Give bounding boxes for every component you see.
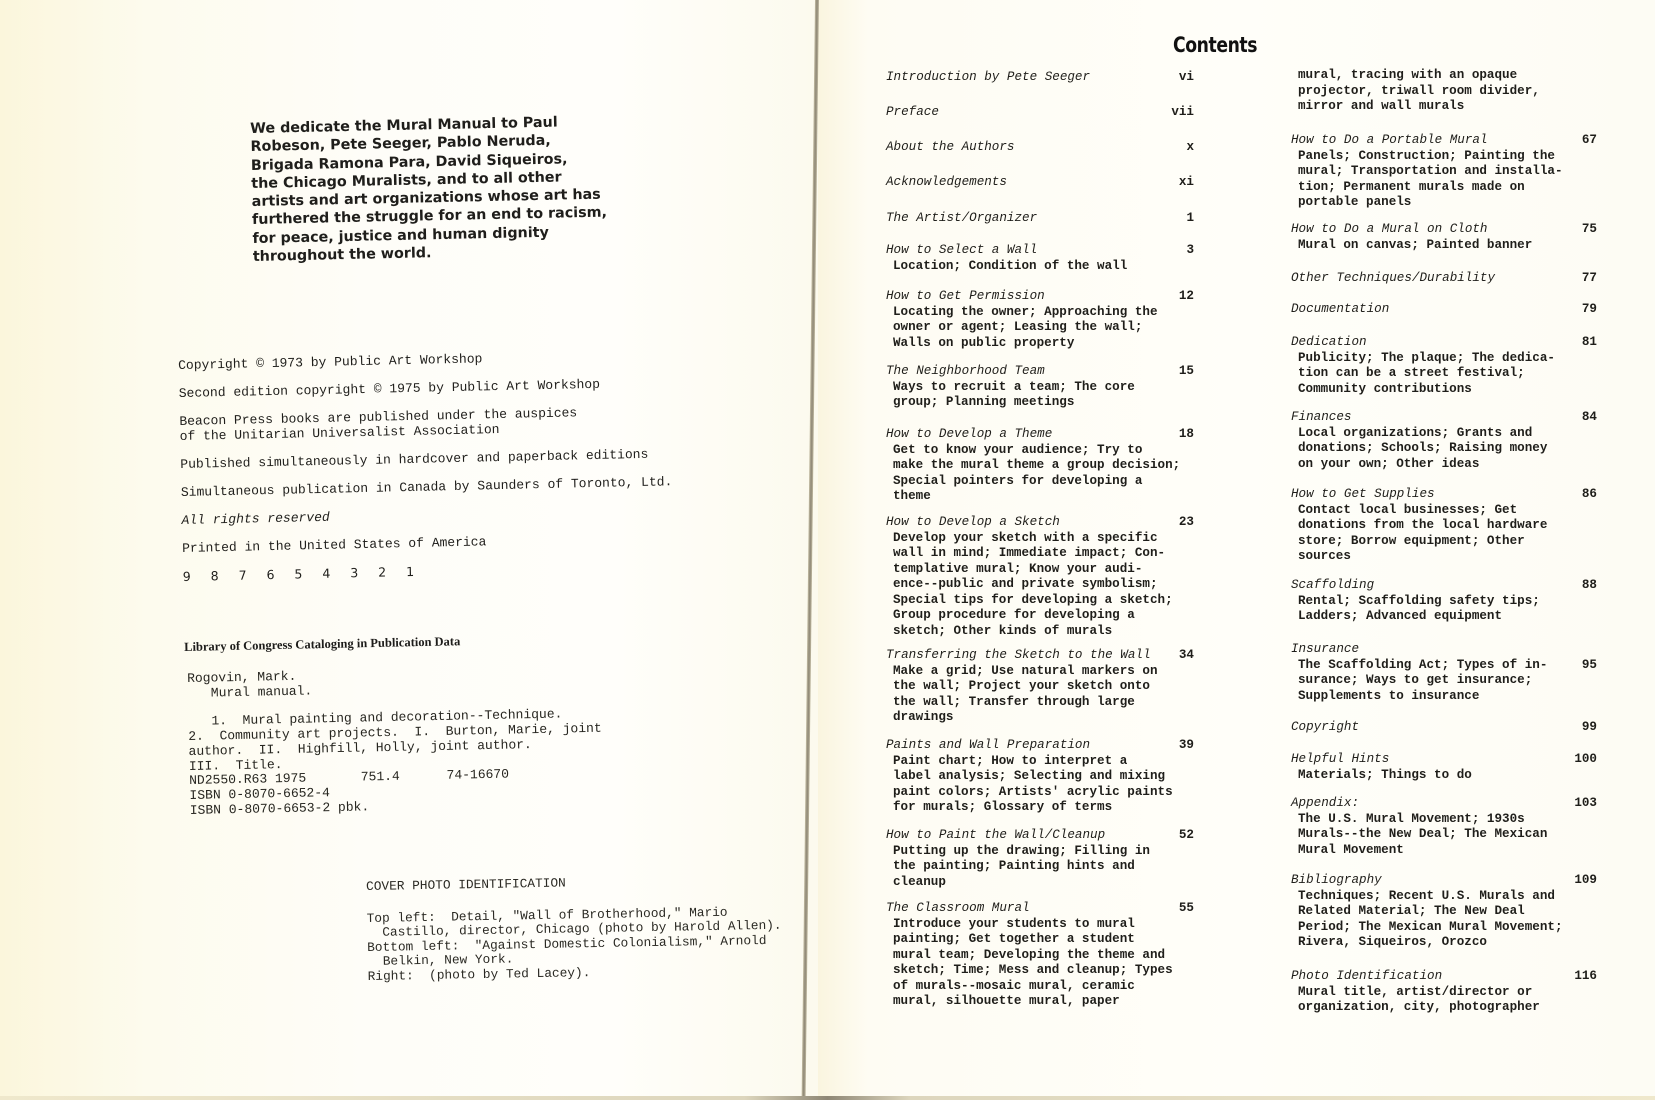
toc-chapter-title: How to Select a Wall bbox=[886, 243, 1037, 259]
toc-chapter-title: How to Do a Portable Mural bbox=[1291, 133, 1488, 149]
toc-chapter-title: The Neighborhood Team bbox=[886, 364, 1045, 380]
toc-page-number: 88 bbox=[1557, 578, 1597, 594]
toc-chapter-description: for murals; Glossary of terms bbox=[893, 800, 1112, 816]
toc-chapter-title: Insurance bbox=[1291, 642, 1359, 658]
toc-page-number: 39 bbox=[1154, 738, 1194, 754]
toc-chapter-description: store; Borrow equipment; Other bbox=[1298, 534, 1525, 550]
printing-numbers: 9 8 7 6 5 4 3 2 1 bbox=[183, 558, 703, 584]
toc-chapter-description: Publicity; The plaque; The dedica- bbox=[1298, 351, 1555, 367]
toc-chapter-title: Photo Identification bbox=[1291, 969, 1442, 985]
toc-chapter-description: sources bbox=[1298, 549, 1351, 565]
toc-chapter-description: wall in mind; Immediate impact; Con- bbox=[893, 546, 1165, 562]
toc-chapter-description: Materials; Things to do bbox=[1298, 768, 1472, 784]
toc-chapter-title: How to Do a Mural on Cloth bbox=[1291, 222, 1488, 238]
toc-chapter-title: Bibliography bbox=[1291, 873, 1382, 889]
toc-chapter-title: Preface bbox=[886, 105, 939, 121]
toc-page-number: vi bbox=[1154, 70, 1194, 86]
toc-chapter-title: Appendix: bbox=[1291, 796, 1359, 812]
printed-line: Printed in the United States of America bbox=[182, 530, 702, 556]
toc-chapter-description: Murals--the New Deal; The Mexican bbox=[1298, 827, 1547, 843]
toc-chapter-title: The Classroom Mural bbox=[886, 901, 1030, 917]
toc-chapter-description: donations from the local hardware bbox=[1298, 518, 1547, 534]
toc-page-number: 109 bbox=[1557, 873, 1597, 889]
copyright-block: Copyright © 1973 by Public Art Workshop … bbox=[178, 347, 703, 597]
toc-chapter-description: Paint chart; How to interpret a bbox=[893, 754, 1127, 770]
toc-page-number: 81 bbox=[1557, 335, 1597, 351]
toc-page-number: vii bbox=[1154, 105, 1194, 121]
toc-chapter-description: the painting; Painting hints and bbox=[893, 859, 1135, 875]
toc-page-number: 103 bbox=[1557, 796, 1597, 812]
toc-chapter-title: Acknowledgements bbox=[886, 175, 1007, 191]
dedication-text: We dedicate the Mural Manual to PaulRobe… bbox=[250, 113, 573, 266]
toc-chapter-description: The U.S. Mural Movement; 1930s bbox=[1298, 812, 1525, 828]
toc-chapter-description: Techniques; Recent U.S. Murals and bbox=[1298, 889, 1555, 905]
toc-chapter-description: The Scaffolding Act; Types of in- bbox=[1298, 658, 1547, 674]
toc-chapter-description: sketch; Time; Mess and cleanup; Types bbox=[893, 963, 1173, 979]
page-bottom-edge bbox=[0, 1096, 1655, 1100]
toc-chapter-description: mural, silhouette mural, paper bbox=[893, 994, 1120, 1010]
toc-chapter-description: of murals--mosaic mural, ceramic bbox=[893, 979, 1135, 995]
toc-chapter-title: The Artist/Organizer bbox=[886, 211, 1037, 227]
toc-chapter-description: donations; Schools; Raising money bbox=[1298, 441, 1547, 457]
toc-chapter-description: Period; The Mexican Mural Movement; bbox=[1298, 920, 1563, 936]
toc-page-number: 15 bbox=[1154, 364, 1194, 380]
toc-chapter-description: Contact local businesses; Get bbox=[1298, 503, 1517, 519]
toc-chapter-description: ence--public and private symbolism; bbox=[893, 577, 1158, 593]
toc-chapter-title: Copyright bbox=[1291, 720, 1359, 736]
toc-page-number: 86 bbox=[1557, 487, 1597, 503]
toc-page-number: 12 bbox=[1154, 289, 1194, 305]
toc-chapter-title: Transferring the Sketch to the Wall bbox=[886, 648, 1151, 664]
toc-chapter-description: the wall; Transfer through large bbox=[893, 695, 1135, 711]
toc-page-number: xi bbox=[1154, 175, 1194, 191]
toc-page-number: 77 bbox=[1557, 271, 1597, 287]
cover-photo-identification: COVER PHOTO IDENTIFICATION Top left: Det… bbox=[366, 873, 788, 984]
toc-chapter-description: painting; Get together a student bbox=[893, 932, 1135, 948]
toc-page-number: x bbox=[1154, 140, 1194, 156]
toc-page-number: 3 bbox=[1154, 243, 1194, 259]
toc-chapter-description: Rivera, Siqueiros, Orozco bbox=[1298, 935, 1487, 951]
toc-chapter-title: How to Paint the Wall/Cleanup bbox=[886, 828, 1105, 844]
toc-chapter-description: portable panels bbox=[1298, 195, 1411, 211]
toc-chapter-description: mural, tracing with an opaque bbox=[1298, 68, 1517, 84]
toc-chapter-description: mural team; Developing the theme and bbox=[893, 948, 1165, 964]
toc-page-number: 1 bbox=[1154, 211, 1194, 227]
toc-page-number: 18 bbox=[1154, 427, 1194, 443]
toc-page-number: 75 bbox=[1557, 222, 1597, 238]
toc-chapter-description: surance; Ways to get insurance; bbox=[1298, 673, 1532, 689]
toc-chapter-description: Mural on canvas; Painted banner bbox=[1298, 238, 1532, 254]
toc-chapter-title: Introduction by Pete Seeger bbox=[886, 70, 1090, 86]
toc-chapter-description: Mural Movement bbox=[1298, 843, 1404, 859]
contents-title: Contents bbox=[1173, 33, 1257, 57]
toc-chapter-description: Locating the owner; Approaching the bbox=[893, 305, 1158, 321]
toc-chapter-description: Rental; Scaffolding safety tips; bbox=[1298, 594, 1540, 610]
toc-chapter-description: Mural title, artist/director or bbox=[1298, 985, 1532, 1001]
toc-chapter-title: Documentation bbox=[1291, 302, 1389, 318]
toc-chapter-description: Ladders; Advanced equipment bbox=[1298, 609, 1502, 625]
toc-page-number: 55 bbox=[1154, 901, 1194, 917]
toc-chapter-description: Make a grid; Use natural markers on bbox=[893, 664, 1158, 680]
cip-data: Rogovin, Mark. Mural manual. 1. Mural pa… bbox=[187, 663, 630, 818]
toc-page-number: 100 bbox=[1557, 752, 1597, 768]
toc-chapter-description: organization, city, photographer bbox=[1298, 1000, 1540, 1016]
toc-chapter-description: Putting up the drawing; Filling in bbox=[893, 844, 1150, 860]
toc-page-number: 84 bbox=[1557, 410, 1597, 426]
toc-chapter-description: the wall; Project your sketch onto bbox=[893, 679, 1150, 695]
toc-chapter-description: tion; Permanent murals made on bbox=[1298, 180, 1525, 196]
toc-chapter-description: Introduce your students to mural bbox=[893, 917, 1135, 933]
toc-chapter-title: Other Techniques/Durability bbox=[1291, 271, 1495, 287]
toc-chapter-description: Special pointers for developing a bbox=[893, 474, 1142, 490]
cover-photo-lines: Top left: Detail, "Wall of Brotherhood,"… bbox=[367, 904, 788, 984]
toc-page-number: 23 bbox=[1154, 515, 1194, 531]
toc-chapter-description: Local organizations; Grants and bbox=[1298, 426, 1532, 442]
toc-chapter-description: label analysis; Selecting and mixing bbox=[893, 769, 1165, 785]
toc-chapter-description: on your own; Other ideas bbox=[1298, 457, 1479, 473]
toc-chapter-title: How to Develop a Theme bbox=[886, 427, 1052, 443]
toc-chapter-description: Community contributions bbox=[1298, 382, 1472, 398]
toc-chapter-description: Walls on public property bbox=[893, 336, 1074, 352]
toc-page-number: 34 bbox=[1154, 648, 1194, 664]
toc-chapter-description: Get to know your audience; Try to bbox=[893, 443, 1142, 459]
toc-chapter-title: Paints and Wall Preparation bbox=[886, 738, 1090, 754]
toc-page-number: 52 bbox=[1154, 828, 1194, 844]
toc-page-number: 95 bbox=[1557, 658, 1597, 674]
toc-chapter-description: mural; Transportation and installa- bbox=[1298, 164, 1563, 180]
toc-page-number: 79 bbox=[1557, 302, 1597, 318]
toc-chapter-description: drawings bbox=[893, 710, 953, 726]
toc-page-number: 116 bbox=[1557, 969, 1597, 985]
toc-chapter-title: Scaffolding bbox=[1291, 578, 1374, 594]
editions-line: Published simultaneously in hardcover an… bbox=[180, 446, 700, 472]
canada-line: Simultaneous publication in Canada by Sa… bbox=[181, 474, 701, 500]
toc-chapter-description: sketch; Other kinds of murals bbox=[893, 624, 1112, 640]
toc-chapter-description: Develop your sketch with a specific bbox=[893, 531, 1158, 547]
toc-chapter-description: Panels; Construction; Painting the bbox=[1298, 149, 1555, 165]
toc-chapter-description: theme bbox=[893, 489, 931, 505]
toc-chapter-description: Supplements to insurance bbox=[1298, 689, 1479, 705]
toc-chapter-description: tion can be a street festival; bbox=[1298, 366, 1525, 382]
toc-chapter-description: paint colors; Artists' acrylic paints bbox=[893, 785, 1173, 801]
toc-chapter-description: projector, triwall room divider, bbox=[1298, 84, 1540, 100]
toc-chapter-title: About the Authors bbox=[886, 140, 1014, 156]
toc-page-number: 99 bbox=[1557, 720, 1597, 736]
toc-chapter-description: group; Planning meetings bbox=[893, 395, 1074, 411]
toc-chapter-title: Dedication bbox=[1291, 335, 1367, 351]
toc-chapter-title: Helpful Hints bbox=[1291, 752, 1389, 768]
toc-chapter-description: Location; Condition of the wall bbox=[893, 259, 1127, 275]
toc-chapter-description: cleanup bbox=[893, 875, 946, 891]
toc-chapter-description: templative mural; Know your audi- bbox=[893, 562, 1142, 578]
toc-chapter-description: Ways to recruit a team; The core bbox=[893, 380, 1135, 396]
toc-page-number: 67 bbox=[1557, 133, 1597, 149]
toc-chapter-description: make the mural theme a group decision; bbox=[893, 458, 1180, 474]
toc-chapter-title: How to Get Permission bbox=[886, 289, 1045, 305]
toc-chapter-description: Related Material; The New Deal bbox=[1298, 904, 1525, 920]
toc-chapter-description: mirror and wall murals bbox=[1298, 99, 1464, 115]
toc-chapter-title: Finances bbox=[1291, 410, 1351, 426]
second-edition-line: Second edition copyright © 1975 by Publi… bbox=[179, 375, 699, 401]
toc-chapter-description: Special tips for developing a sketch; bbox=[893, 593, 1173, 609]
toc-chapter-description: Group procedure for developing a bbox=[893, 608, 1135, 624]
toc-chapter-description: owner or agent; Leasing the wall; bbox=[893, 320, 1142, 336]
toc-chapter-title: How to Develop a Sketch bbox=[886, 515, 1060, 531]
toc-chapter-title: How to Get Supplies bbox=[1291, 487, 1435, 503]
rights-line: All rights reserved bbox=[181, 502, 701, 528]
